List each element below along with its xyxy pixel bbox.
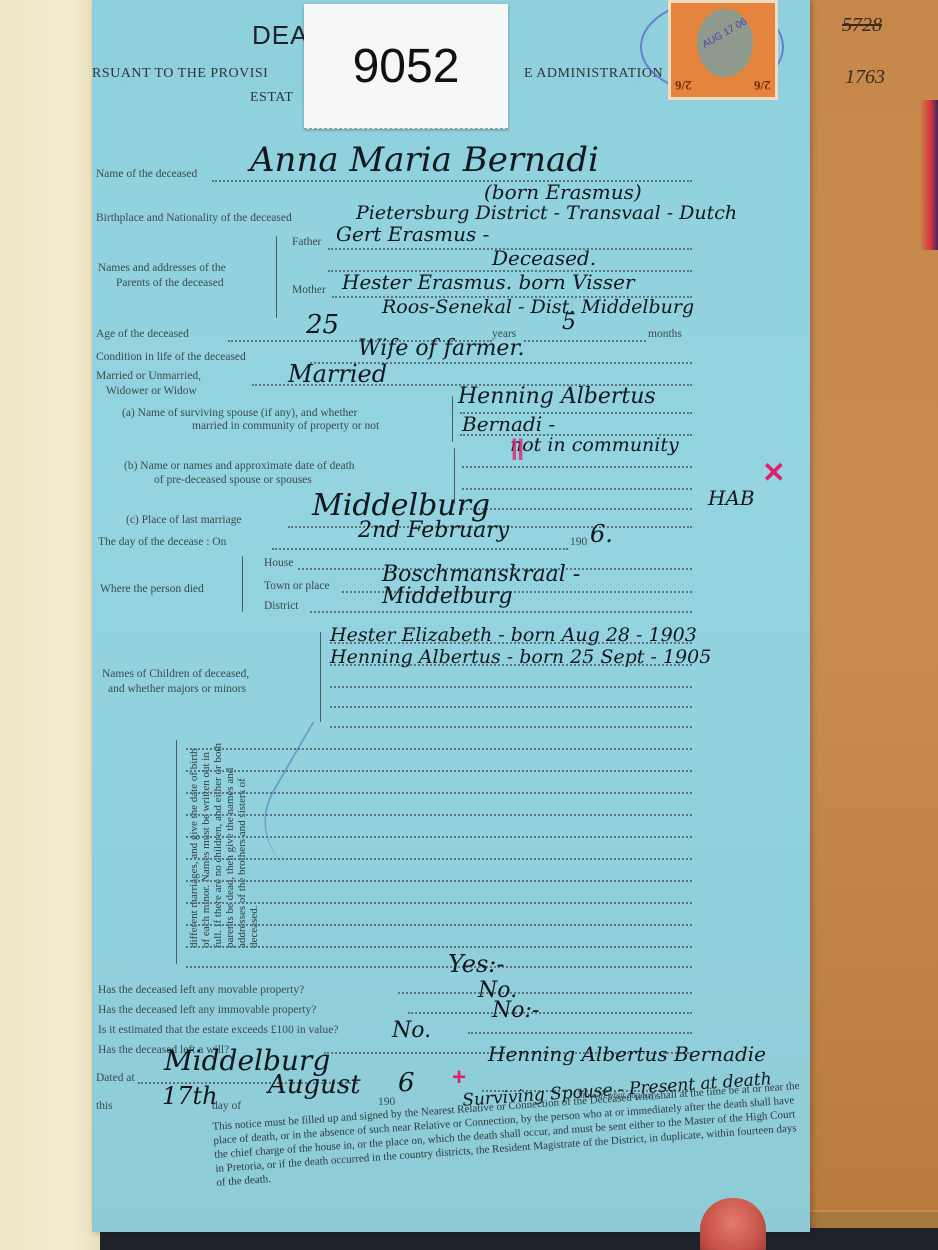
label-father: Father (292, 236, 321, 248)
value-spouse-1: Henning Albertus (458, 384, 656, 409)
signature-mark: + (452, 1064, 466, 1092)
label-where-died: Where the person died (100, 583, 204, 595)
value-child-1: Hester Elizabeth - born Aug 28 - 1903 (330, 624, 697, 646)
label-exceeds: Is it estimated that the estate exceeds … (98, 1024, 338, 1036)
brace (242, 556, 243, 612)
label-name: Name of the deceased (96, 168, 197, 180)
label-mother: Mother (292, 284, 326, 296)
dotted-line (408, 1012, 692, 1014)
dotted-line (462, 508, 692, 510)
value-date-month: August (268, 1070, 361, 1100)
archive-ref-2: 1763 (845, 66, 885, 89)
value-father-2: Deceased. (492, 246, 596, 270)
label-children-2: and whether majors or minors (108, 683, 246, 695)
archive-label-card: 9052 (304, 4, 508, 129)
annotation-initials: HAB (708, 486, 755, 510)
value-date-day: 17th (162, 1082, 218, 1110)
value-marital: Married (288, 360, 387, 388)
label-birthplace: Birthplace and Nationality of the deceas… (96, 212, 292, 224)
dotted-line (462, 466, 692, 468)
brace (452, 396, 453, 442)
label-children-1: Names of Children of deceased, (102, 668, 249, 680)
value-name-born: (born Erasmus) (484, 180, 642, 204)
form-title: DEA (252, 20, 308, 51)
value-birthplace: Pietersburg District - Transvaal - Dutch (356, 202, 737, 224)
label-town: Town or place (264, 580, 330, 592)
value-mother-2: Roos-Senekal - Dist. Middelburg (382, 296, 694, 318)
stamp-value-left: 2/6 (675, 77, 692, 93)
dotted-line (186, 966, 692, 968)
value-father: Gert Erasmus - (336, 222, 489, 246)
label-spouse-2: married in community of property or not (192, 420, 379, 432)
label-day-of: day of (212, 1100, 241, 1112)
dotted-line (272, 548, 568, 550)
red-tab (920, 100, 938, 250)
dotted-line (468, 1032, 692, 1034)
value-date-year: 6 (398, 1068, 415, 1098)
value-name: Anna Maria Bernadi (250, 140, 599, 180)
brace (176, 740, 177, 964)
brace (320, 632, 321, 722)
label-death-day: The day of the decease : On (98, 536, 226, 548)
header-line-right: E ADMINISTRATION (524, 66, 663, 82)
value-child-2: Henning Albertus - born 25 Sept - 1905 (330, 646, 711, 668)
revenue-stamp: 2/6 2/6 (668, 0, 778, 100)
value-district: Middelburg (382, 584, 513, 609)
pink-ink-mark: ‖ (510, 434, 525, 468)
folder-cover (800, 0, 938, 1210)
value-mother: Hester Erasmus. born Visser (342, 270, 635, 294)
value-condition: Wife of farmer. (358, 336, 525, 361)
book-left-page (0, 0, 100, 1250)
label-parents-2: Parents of the deceased (116, 277, 224, 289)
label-dated-at: Dated at (96, 1072, 135, 1084)
dotted-line (186, 770, 692, 772)
label-marriage-place: (c) Place of last marriage (126, 514, 242, 526)
label-marital-1: Married or Unmarried, (96, 370, 201, 382)
value-exceeds: No:- (492, 998, 539, 1023)
label-spouse-1: (a) Name of surviving spouse (if any), a… (122, 407, 357, 419)
label-immovable: Has the deceased left any immovable prop… (98, 1004, 316, 1016)
label-age: Age of the deceased (96, 328, 189, 340)
dotted-line (524, 340, 646, 342)
label-death-year: 190 (570, 536, 587, 548)
label-movable: Has the deceased left any movable proper… (98, 984, 304, 996)
value-death-day: 2nd February (358, 518, 509, 543)
label-parents-1: Names and addresses of the (98, 262, 226, 274)
dotted-line (398, 992, 692, 994)
stamp-value-right: 2/6 (754, 77, 771, 93)
label-months: months (648, 328, 682, 340)
label-marital-2: Widower or Widow (106, 385, 197, 397)
value-signature: Henning Albertus Bernadie (488, 1042, 766, 1066)
value-spouse-2: Bernadi - (462, 412, 555, 436)
dotted-line (186, 748, 692, 750)
header-line-left: RSUANT TO THE PROVISI (92, 66, 268, 82)
pink-cross-mark: ✕ (762, 456, 785, 489)
label-district: District (264, 600, 299, 612)
brace (276, 236, 277, 318)
label-predeceased-2: of pre-deceased spouse or spouses (154, 474, 312, 486)
dotted-line (330, 726, 692, 728)
label-this: this (96, 1100, 113, 1112)
dotted-line (310, 611, 692, 613)
archive-ref-1: 5728 (842, 14, 882, 37)
dotted-line (462, 488, 692, 490)
value-movable: Yes:- (448, 950, 504, 978)
header-line-2: ESTAT (250, 90, 293, 106)
value-age-months: 5 (562, 310, 576, 335)
value-death-year: 6. (590, 520, 613, 548)
death-notice-form: DEA RSUANT TO THE PROVISI E ADMINISTRATI… (92, 0, 810, 1232)
value-will: No. (392, 1018, 431, 1043)
value-age-years: 25 (306, 310, 339, 340)
dotted-line (330, 686, 692, 688)
label-condition: Condition in life of the deceased (96, 351, 246, 363)
label-date-year: 190 (378, 1096, 395, 1108)
dotted-line (330, 706, 692, 708)
label-house: House (264, 557, 293, 569)
label-predeceased-1: (b) Name or names and approximate date o… (124, 460, 355, 472)
value-spouse-community: not in community (510, 434, 679, 456)
